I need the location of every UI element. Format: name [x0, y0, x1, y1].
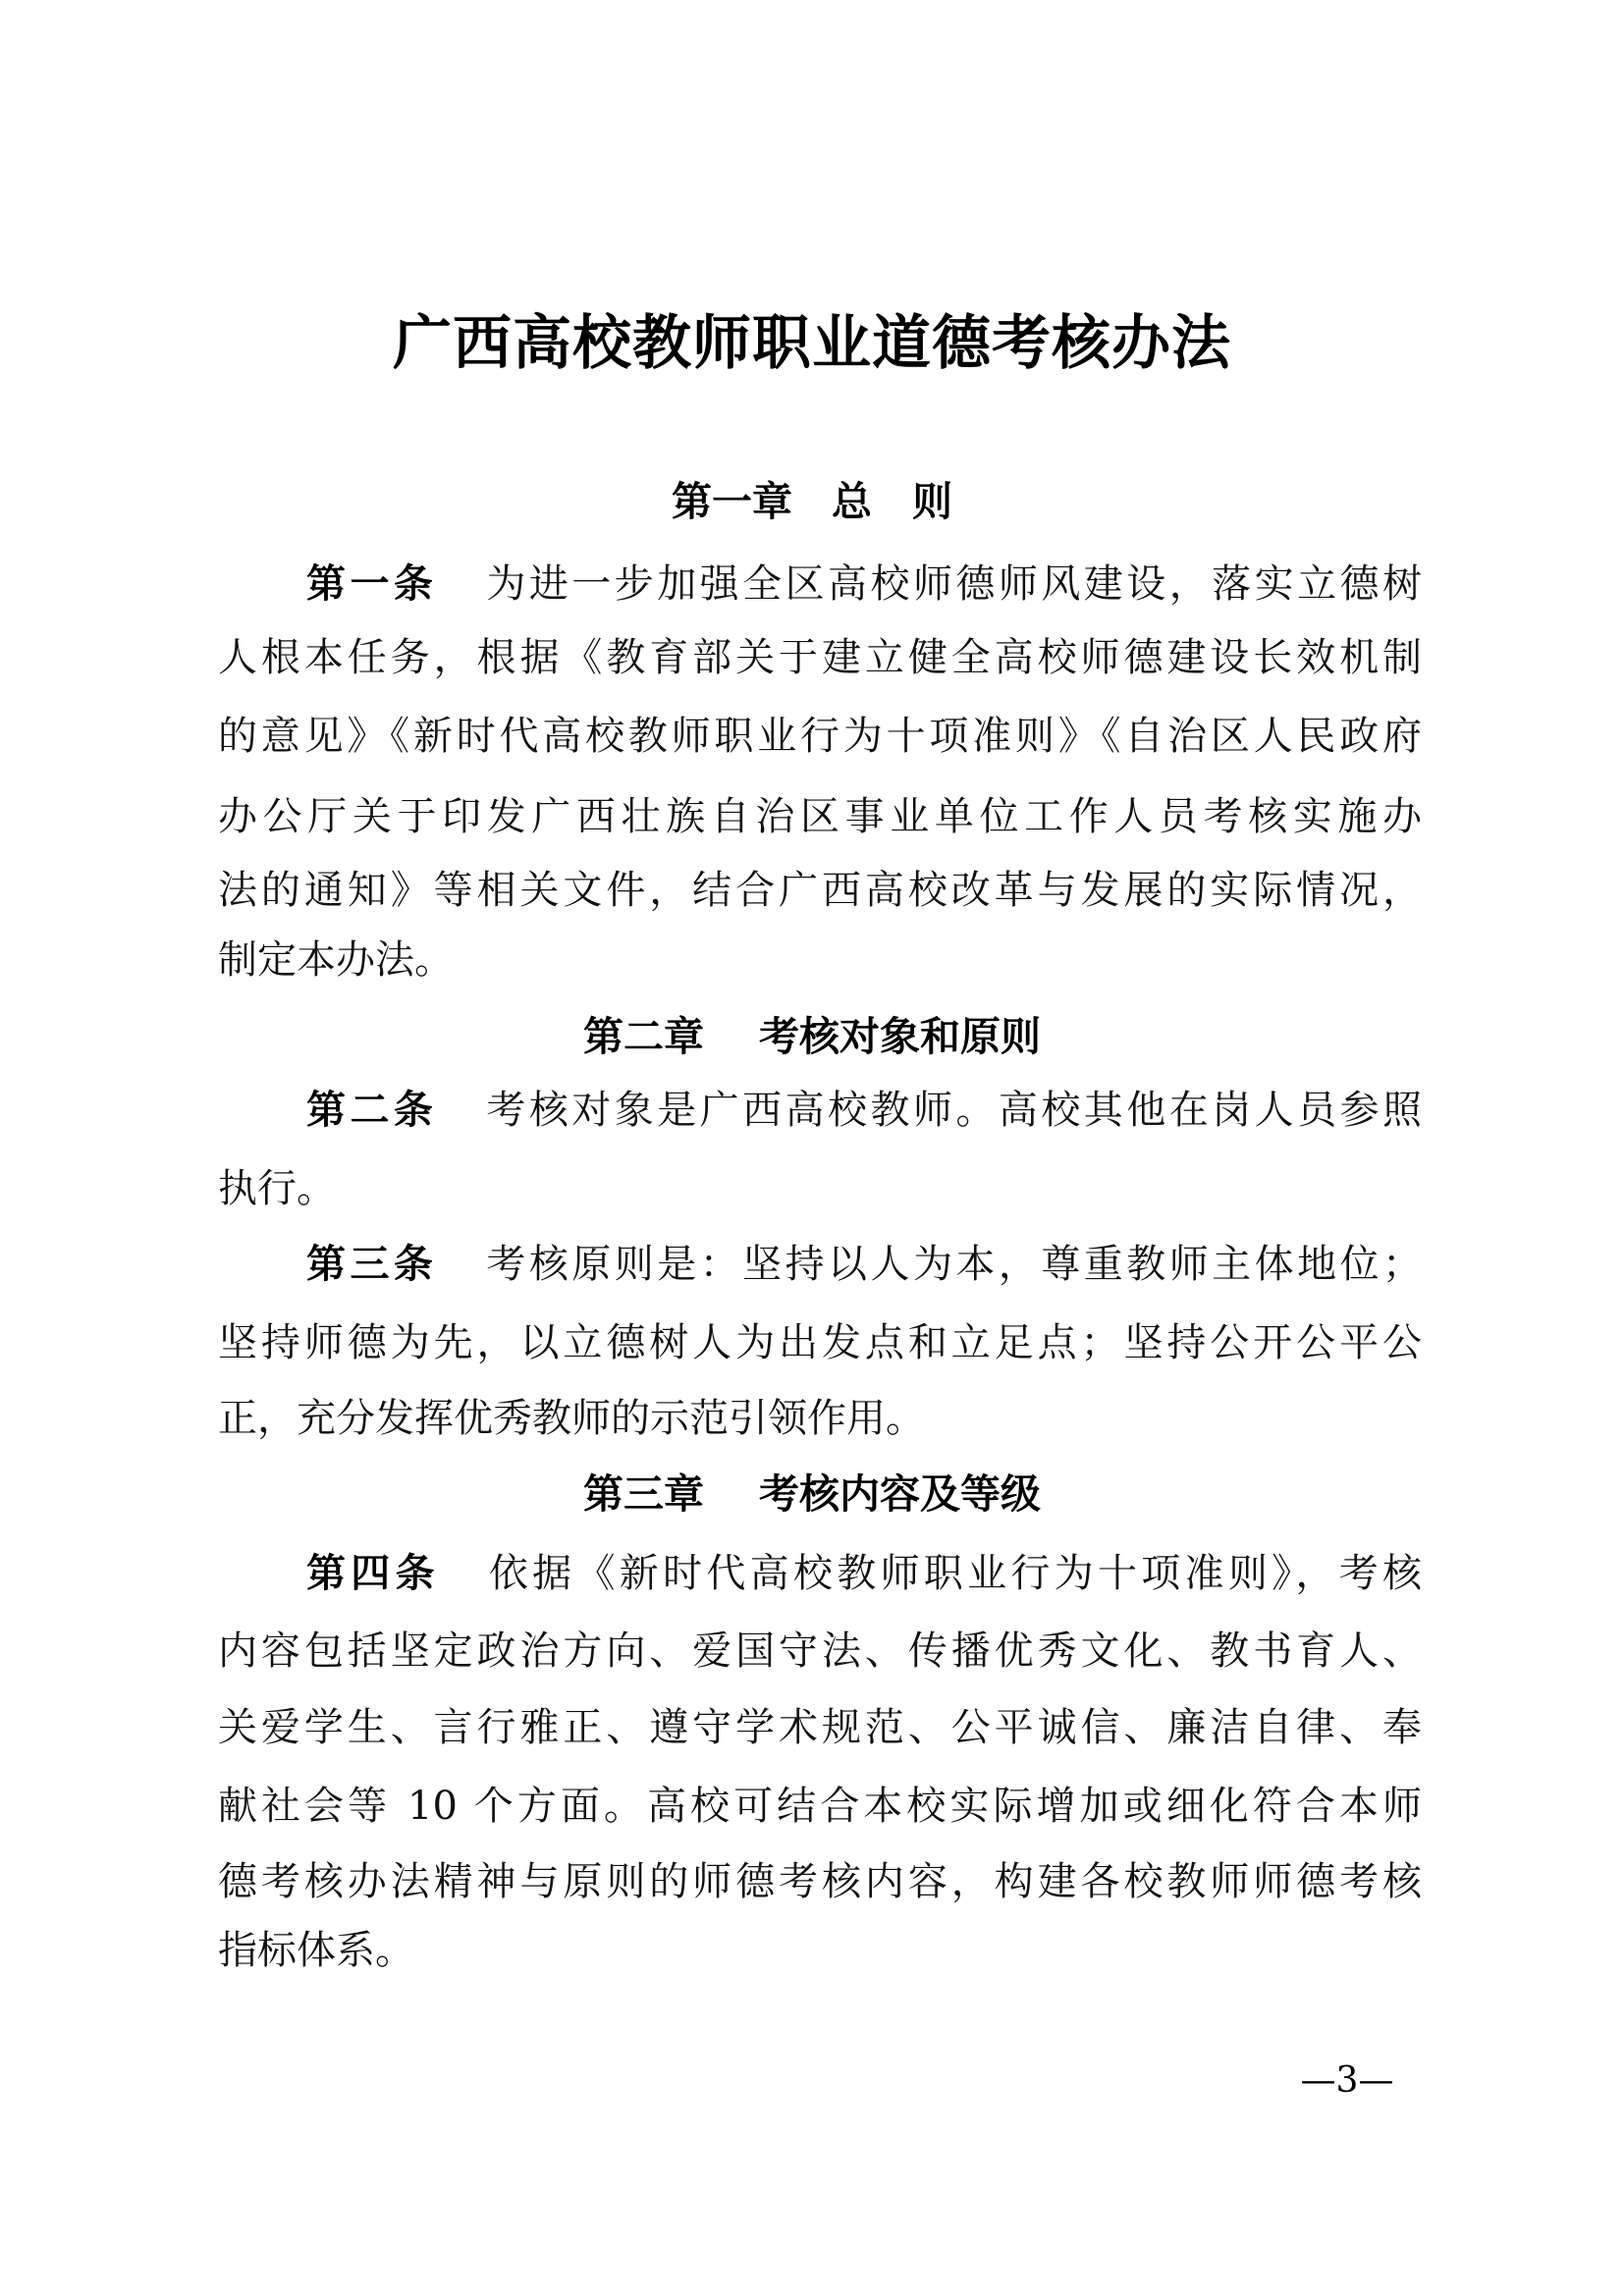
article-text: 为进一步加强全区高校师德师风建设，落实立德树	[486, 561, 1422, 607]
article-2-line-2: 执行。	[218, 1161, 1422, 1216]
article-4-line-1: 第四条依据《新时代高校教师职业行为十项准则》，考核	[306, 1546, 1422, 1601]
article-text: 考核原则是：坚持以人为本，尊重教师主体地位；	[486, 1242, 1422, 1287]
article-label: 第二条	[306, 1088, 437, 1133]
article-3-line-1: 第三条考核原则是：坚持以人为本，尊重教师主体地位；	[306, 1237, 1422, 1292]
article-1-line-4: 办公厅关于印发广西壮族自治区事业单位工作人员考核实施办	[218, 789, 1422, 844]
article-1-line-1: 第一条为进一步加强全区高校师德师风建设，落实立德树	[306, 557, 1422, 612]
article-4-line-4: 献社会等 10 个方面。高校可结合本校实际增加或细化符合本师	[218, 1779, 1422, 1834]
page-number: —3—	[1294, 2059, 1400, 2103]
article-3-line-3: 正，充分发挥优秀教师的示范引领作用。	[218, 1391, 1422, 1446]
chapter-name: 总 则	[832, 478, 952, 525]
chapter-name: 考核对象和原则	[759, 1013, 1041, 1060]
article-1-line-3: 的意见》《新时代高校教师职业行为十项准则》《自治区人民政府	[218, 709, 1422, 764]
article-4-line-6: 指标体系。	[218, 1923, 1422, 1978]
chapter-heading-1: 第一章总 则	[0, 474, 1624, 529]
article-4-line-5: 德考核办法精神与原则的师德考核内容，构建各校教师师德考核	[218, 1854, 1422, 1909]
article-4-line-3: 关爱学生、言行雅正、遵守学术规范、公平诚信、廉洁自律、奉	[218, 1700, 1422, 1755]
document-title: 广西高校教师职业道德考核办法	[0, 306, 1624, 381]
chapter-label: 第一章	[672, 478, 792, 525]
chapter-label: 第二章	[583, 1013, 704, 1060]
article-text: 考核对象是广西高校教师。高校其他在岗人员参照	[486, 1088, 1422, 1133]
article-label: 第四条	[306, 1551, 440, 1596]
article-3-line-2: 坚持师德为先，以立德树人为出发点和立足点；坚持公开公平公	[218, 1315, 1422, 1370]
article-label: 第一条	[306, 561, 437, 607]
chapter-heading-3: 第三章考核内容及等级	[0, 1467, 1624, 1522]
chapter-label: 第三章	[583, 1470, 704, 1518]
chapter-heading-2: 第二章考核对象和原则	[0, 1009, 1624, 1064]
document-page: 广西高校教师职业道德考核办法 第一章总 则 第一条为进一步加强全区高校师德师风建…	[0, 0, 1624, 2296]
chapter-name: 考核内容及等级	[759, 1470, 1041, 1518]
article-1-line-5: 法的通知》等相关文件，结合广西高校改革与发展的实际情况，	[218, 863, 1422, 918]
article-4-line-2: 内容包括坚定政治方向、爱国守法、传播优秀文化、教书育人、	[218, 1624, 1422, 1679]
article-2-line-1: 第二条考核对象是广西高校教师。高校其他在岗人员参照	[306, 1083, 1422, 1138]
article-1-line-6: 制定本办法。	[218, 933, 1422, 988]
article-1-line-2: 人根本任务，根据《教育部关于建立健全高校师德建设长效机制	[218, 630, 1422, 685]
article-text: 依据《新时代高校教师职业行为十项准则》，考核	[489, 1551, 1422, 1596]
article-label: 第三条	[306, 1242, 437, 1287]
